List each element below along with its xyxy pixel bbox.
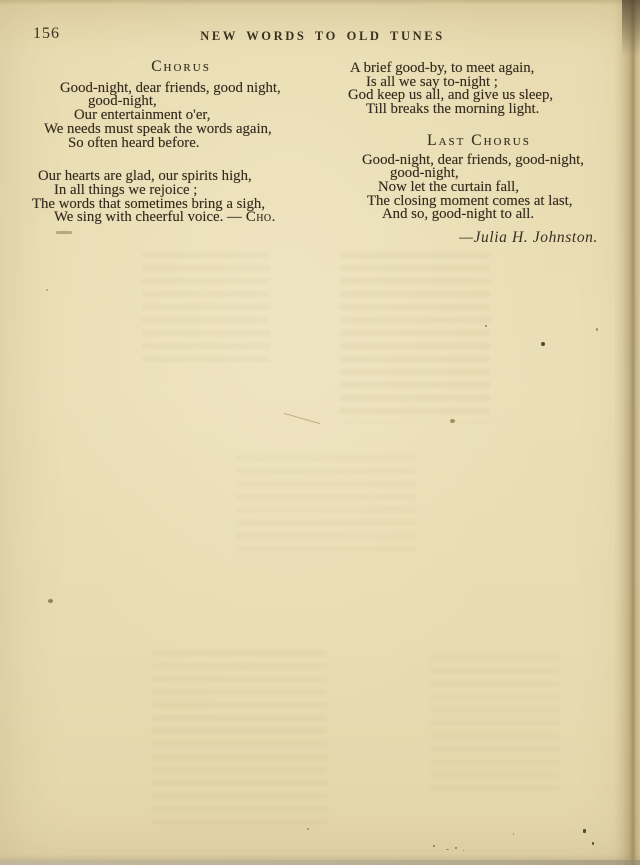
verse-line-text: We sing with cheerful voice. —	[54, 209, 242, 225]
speck	[541, 342, 545, 346]
right-column: A brief good-by, to meet again, Is all w…	[348, 62, 610, 245]
verse-line: We sing with cheerful voice. —Cho.	[30, 211, 332, 225]
scan-edge-top	[0, 0, 640, 5]
speck	[463, 850, 464, 851]
last-chorus-line: Good-night, dear friends, good-night,	[348, 154, 610, 168]
ink-smudge	[56, 231, 72, 234]
verse-stanza: A brief good-by, to meet again, Is all w…	[348, 62, 610, 117]
speck	[307, 828, 309, 830]
chorus-stanza: Good-night, dear friends, good night, go…	[30, 82, 332, 151]
last-chorus-line: And so, good-night to all.	[348, 208, 610, 222]
speck	[46, 289, 48, 291]
chorus-line: Good-night, dear friends, good night,	[30, 82, 332, 96]
scan-edge-right	[614, 0, 640, 865]
speck	[596, 328, 598, 331]
showthrough-text	[430, 655, 560, 795]
speck	[433, 845, 435, 847]
showthrough-text	[340, 252, 490, 422]
author-attribution: —Julia H. Johnston.	[348, 231, 610, 245]
scan-edge-corner	[622, 0, 640, 56]
speck	[455, 847, 457, 849]
speck	[583, 829, 586, 833]
last-chorus-heading: Last Chorus	[348, 134, 610, 148]
showthrough-text	[142, 252, 270, 362]
verse-stanza: Our hearts are glad, our spirits high, I…	[30, 170, 332, 225]
verse-line: Till breaks the morning light.	[348, 103, 610, 117]
showthrough-text	[236, 455, 416, 560]
left-column: Chorus Good-night, dear friends, good ni…	[30, 60, 332, 225]
scanned-book-page: 156 NEW WORDS TO OLD TUNES Chorus Good-n…	[0, 0, 640, 865]
foxing-fleck	[450, 419, 455, 423]
paper-fiber-line	[284, 413, 321, 424]
running-head: NEW WORDS TO OLD TUNES	[0, 29, 640, 44]
speck	[485, 325, 487, 327]
chorus-reference: Cho.	[246, 209, 276, 225]
chorus-heading: Chorus	[30, 60, 332, 74]
foxing-fleck	[48, 599, 53, 603]
chorus-line: So often heard before.	[30, 137, 332, 151]
speck	[446, 849, 449, 850]
speck	[513, 833, 514, 835]
scan-edge-bottom	[0, 860, 640, 865]
showthrough-text	[152, 650, 327, 830]
last-chorus-stanza: Good-night, dear friends, good-night, go…	[348, 154, 610, 223]
speck	[592, 842, 594, 845]
